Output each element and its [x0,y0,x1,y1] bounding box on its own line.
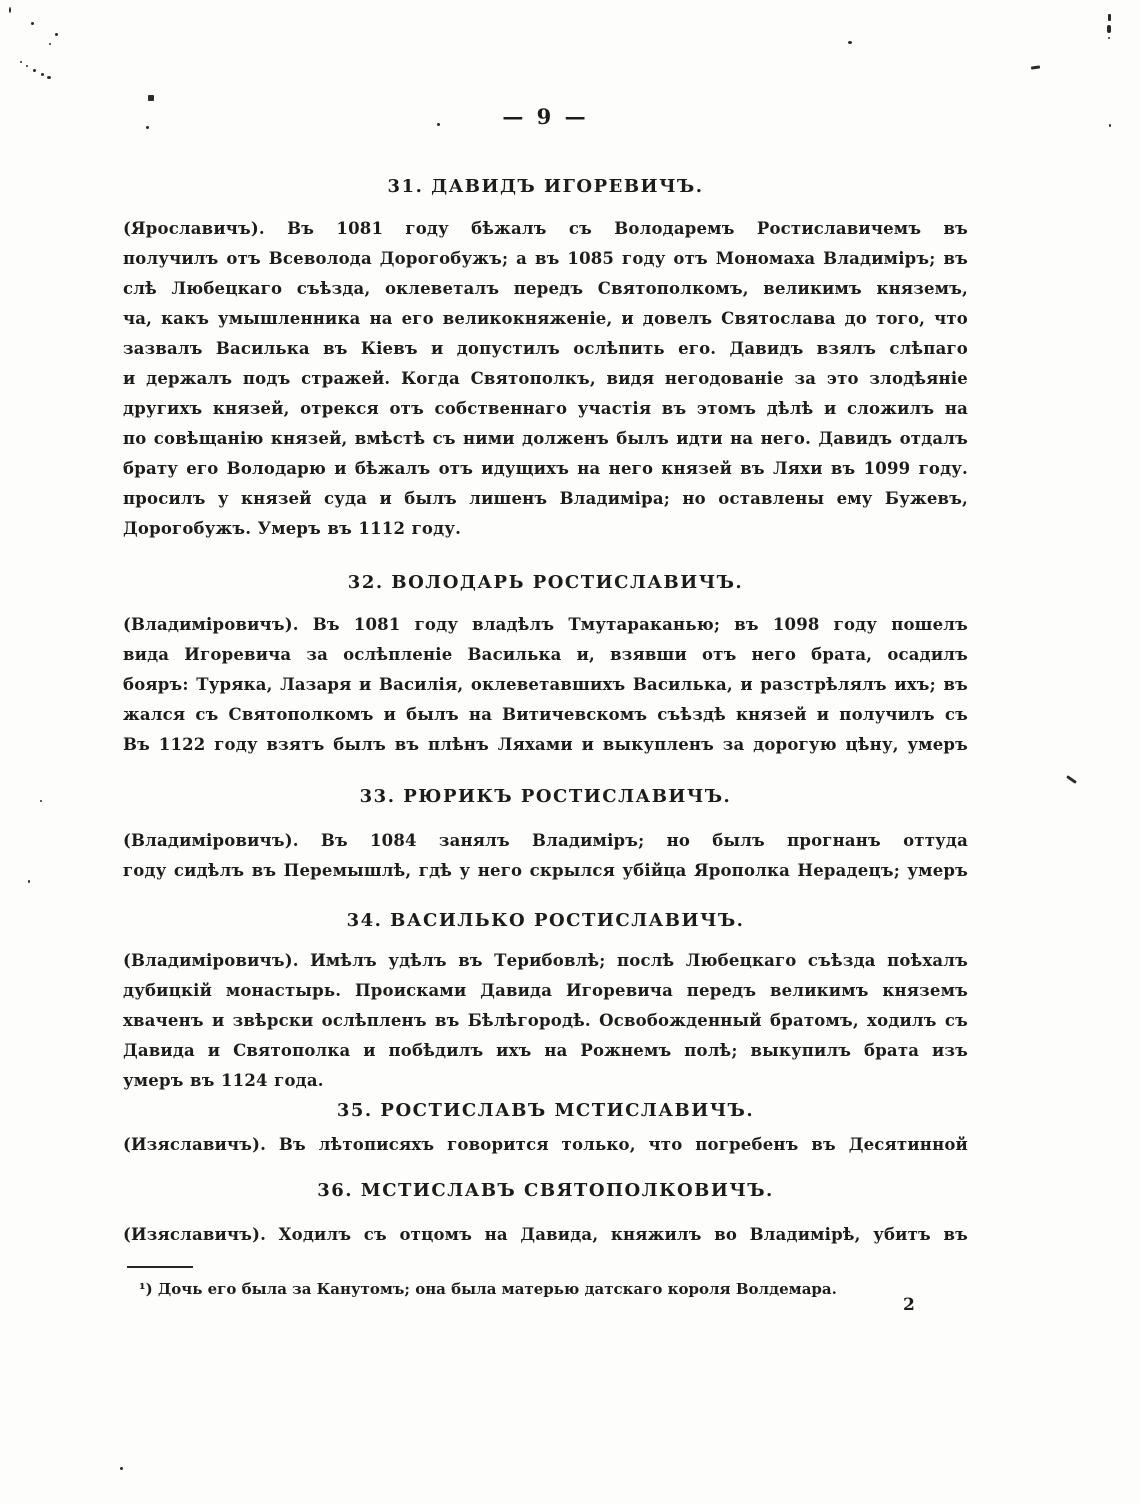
entry-section: 33. РЮРИКЪ РОСТИСЛАВИЧЪ.(Владиміровичъ).… [123,784,968,886]
ink-speck [40,800,42,802]
ink-speck [1107,25,1111,33]
signature-mark: 2 [903,1295,915,1315]
ink-speck [1066,775,1077,784]
text-line: (Владиміровичъ). Въ 1081 году владѣлъ Тм… [123,610,968,640]
text-line: Дорогобужъ. Умеръ въ 1112 году. [123,514,968,544]
text-line: другихъ князей, отрекся отъ собственнаго… [123,394,968,424]
ink-speck [47,76,51,79]
text-column: — 9 — 31. ДАВИДЪ ИГОРЕВИЧЪ.(Ярославичъ).… [123,0,968,1300]
text-line: вида Игоревича за ослѣпленіе Василька и,… [123,640,968,670]
section-heading: 36. МСТИСЛАВЪ СВЯТОПОЛКОВИЧЪ. [123,1178,968,1204]
text-line: (Изяславичъ). Ходилъ съ отцомъ на Давида… [123,1220,968,1250]
text-line: бояръ: Туряка, Лазаря и Василія, оклевет… [123,670,968,700]
ink-speck [20,61,22,63]
ink-speck [41,73,44,76]
text-line: (Владиміровичъ). Имѣлъ удѣлъ въ Терибовл… [123,946,968,976]
ink-speck [49,43,51,45]
text-line: слѣ Любецкаго съѣзда, оклеветалъ передъ … [123,274,968,304]
text-line: (Изяславичъ). Въ лѣтописяхъ говорится то… [123,1130,968,1160]
ink-speck [55,33,58,36]
ink-speck [28,880,30,883]
section-paragraph: (Изяславичъ). Ходилъ съ отцомъ на Давида… [123,1220,968,1250]
section-paragraph: (Изяславичъ). Въ лѣтописяхъ говорится то… [123,1130,968,1160]
section-paragraph: (Ярославичъ). Въ 1081 году бѣжалъ съ Вол… [123,214,968,544]
book-page: — 9 — 31. ДАВИДЪ ИГОРЕВИЧЪ.(Ярославичъ).… [0,0,1140,1504]
ink-speck [437,123,440,126]
ink-speck [148,95,154,101]
section-paragraph: (Владиміровичъ). Въ 1084 занялъ Владимір… [123,826,968,886]
section-heading: 32. ВОЛОДАРЬ РОСТИСЛАВИЧЪ. [123,570,968,596]
text-line: (Владиміровичъ). Въ 1084 занялъ Владимір… [123,826,968,856]
section-paragraph: (Владиміровичъ). Имѣлъ удѣлъ въ Терибовл… [123,946,968,1096]
section-heading: 35. РОСТИСЛАВЪ МСТИСЛАВИЧЪ. [123,1098,968,1124]
footnote-rule [127,1266,193,1268]
section-heading: 34. ВАСИЛЬКО РОСТИСЛАВИЧЪ. [123,908,968,934]
text-line: ча, какъ умышленника на его великокняжен… [123,304,968,334]
entry-section: 31. ДАВИДЪ ИГОРЕВИЧЪ.(Ярославичъ). Въ 10… [123,174,968,544]
ink-speck [33,69,36,72]
text-line: Въ 1122 году взятъ былъ въ плѣнъ Ляхами … [123,730,968,760]
text-line: и держалъ подъ стражей. Когда Святополкъ… [123,364,968,394]
entry-section: 34. ВАСИЛЬКО РОСТИСЛАВИЧЪ.(Владиміровичъ… [123,908,968,1096]
section-heading: 33. РЮРИКЪ РОСТИСЛАВИЧЪ. [123,784,968,810]
text-line: (Ярославичъ). Въ 1081 году бѣжалъ съ Вол… [123,214,968,244]
entry-section: 32. ВОЛОДАРЬ РОСТИСЛАВИЧЪ.(Владиміровичъ… [123,570,968,760]
ink-speck [26,65,28,67]
ink-speck [9,7,11,13]
page-number: — 9 — [123,104,968,130]
text-line: зазвалъ Василька въ Кіевъ и допустилъ ос… [123,334,968,364]
text-line: получилъ отъ Всеволода Дорогобужъ; а въ … [123,244,968,274]
sections-container: 31. ДАВИДЪ ИГОРЕВИЧЪ.(Ярославичъ). Въ 10… [123,174,968,1250]
text-line: дубицкій монастырь. Происками Давида Иго… [123,976,968,1006]
text-line: жался съ Святополкомъ и былъ на Витичевс… [123,700,968,730]
ink-speck [146,126,149,129]
text-line: брату его Володарю и бѣжалъ отъ идущихъ … [123,454,968,484]
text-line: умеръ въ 1124 года. [123,1066,968,1096]
section-heading: 31. ДАВИДЪ ИГОРЕВИЧЪ. [123,174,968,200]
footnote-text: ¹) Дочь его была за Канутомъ; она была м… [123,1278,968,1300]
section-paragraph: (Владиміровичъ). Въ 1081 году владѣлъ Тм… [123,610,968,760]
ink-speck [1031,65,1040,69]
text-line: хваченъ и звѣрски ослѣпленъ въ Бѣлѣгород… [123,1006,968,1036]
ink-speck [1108,14,1111,21]
text-line: году сидѣлъ въ Перемышлѣ, гдѣ у него скр… [123,856,968,886]
text-line: Давида и Святополка и побѣдилъ ихъ на Ро… [123,1036,968,1066]
entry-section: 36. МСТИСЛАВЪ СВЯТОПОЛКОВИЧЪ.(Изяславичъ… [123,1178,968,1250]
ink-speck [1108,37,1110,39]
text-line: по совѣщанію князей, вмѣстѣ съ ними долж… [123,424,968,454]
ink-speck [31,22,34,25]
ink-speck [120,1467,123,1470]
ink-speck [848,41,852,44]
ink-speck [1109,124,1111,127]
text-line: просилъ у князей суда и былъ лишенъ Влад… [123,484,968,514]
entry-section: 35. РОСТИСЛАВЪ МСТИСЛАВИЧЪ.(Изяславичъ).… [123,1098,968,1160]
